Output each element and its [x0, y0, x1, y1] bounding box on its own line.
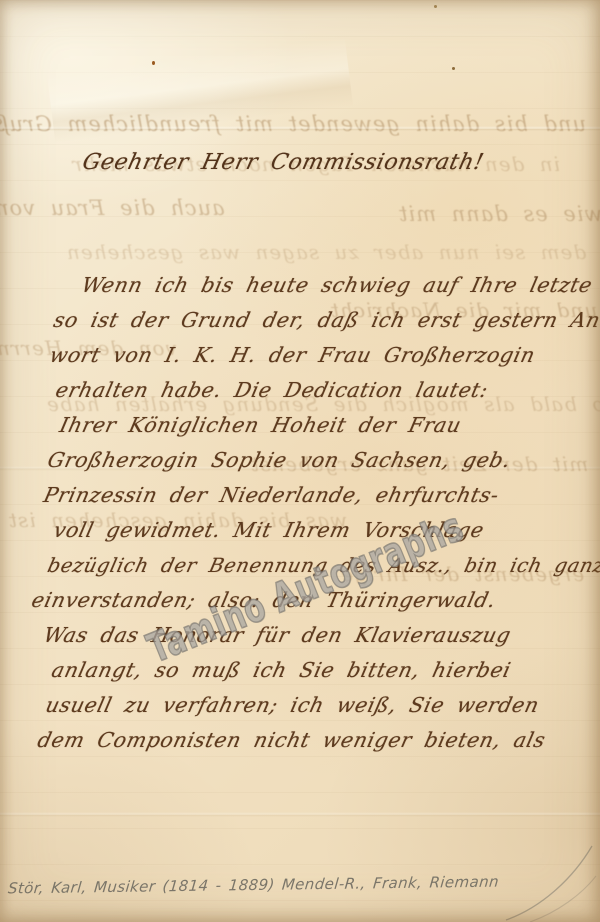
line-text: so ist der Grund der, daß ich erst geste…	[50, 303, 600, 338]
handwritten-line: bezüglich der Benennung des Ausz., bin i…	[26, 548, 586, 583]
handwritten-line: so ist der Grund der, daß ich erst geste…	[26, 303, 586, 338]
letter-body: Wenn ich bis heute schwieg auf Ihre letz…	[26, 268, 586, 758]
line-text: Ihrer Königlichen Hoheit der Frau	[56, 408, 465, 443]
line-text: wort von I. K. H. der Frau Großherzogin	[46, 338, 539, 373]
line-text: Großherzogin Sophie von Sachsen, geb.	[44, 443, 514, 478]
pencil-stroke	[500, 842, 600, 922]
dealer-pencil-annotation: Stör, Karl, Musiker (1814 - 1889) Mendel…	[7, 873, 500, 898]
handwritten-line: anlangt, so muß ich Sie bitten, hierbei	[26, 653, 586, 688]
foxing-speck	[434, 5, 437, 8]
line-text: Prinzessin der Niederlande, ehrfurchts-	[40, 478, 503, 513]
bleedthrough-text: und bis dahin gewendet mit freundlichem …	[14, 112, 586, 136]
line-text: dem Componisten nicht weniger bieten, al…	[34, 723, 549, 758]
handwritten-line: Prinzessin der Niederlande, ehrfurchts-	[26, 478, 586, 513]
line-text: bezüglich der Benennung des Ausz., bin i…	[44, 548, 600, 583]
handwritten-line: Großherzogin Sophie von Sachsen, geb.	[26, 443, 586, 478]
handwritten-line: voll gewidmet. Mit Ihrem Vorschlage	[26, 513, 586, 548]
letter-page: und bis dahin gewendet mit freundlichem …	[0, 0, 600, 922]
line-text: einverstanden; also: den Thüringerwald.	[28, 583, 500, 618]
salutation-line: Geehrter Herr Commissionsrath!	[0, 150, 560, 175]
line-text: voll gewidmet. Mit Ihrem Vorschlage	[50, 513, 488, 548]
line-text: Was das Honorar für den Klavierauszug	[40, 618, 515, 653]
line-text: anlangt, so muß ich Sie bitten, hierbei	[48, 653, 515, 688]
bleedthrough-text: auch die Frau von	[0, 196, 225, 220]
handwritten-line: Ihrer Königlichen Hoheit der Frau	[26, 408, 586, 443]
bleedthrough-text: dem sei nun aber zu sagen was geschehen	[66, 240, 586, 264]
foxing-speck	[152, 61, 155, 65]
handwritten-line: erhalten habe. Die Dedication lautet:	[26, 373, 586, 408]
handwritten-line: usuell zu verfahren; ich weiß, Sie werde…	[26, 688, 586, 723]
handwritten-line: Wenn ich bis heute schwieg auf Ihre letz…	[26, 268, 586, 303]
handwritten-line: dem Componisten nicht weniger bieten, al…	[26, 723, 586, 758]
line-text: Wenn ich bis heute schwieg auf Ihre letz…	[78, 268, 600, 303]
handwritten-line: Was das Honorar für den Klavierauszug	[26, 618, 586, 653]
foxing-speck	[452, 67, 455, 70]
line-text: erhalten habe. Die Dedication lautet:	[52, 373, 492, 408]
salutation-text: Geehrter Herr Commissionsrath!	[80, 150, 486, 175]
bleedthrough-text: wie es dann mit	[398, 202, 600, 226]
handwritten-line: einverstanden; also: den Thüringerwald.	[26, 583, 586, 618]
line-text: usuell zu verfahren; ich weiß, Sie werde…	[42, 688, 543, 723]
fold-crease	[0, 812, 600, 817]
handwritten-line: wort von I. K. H. der Frau Großherzogin	[26, 338, 586, 373]
